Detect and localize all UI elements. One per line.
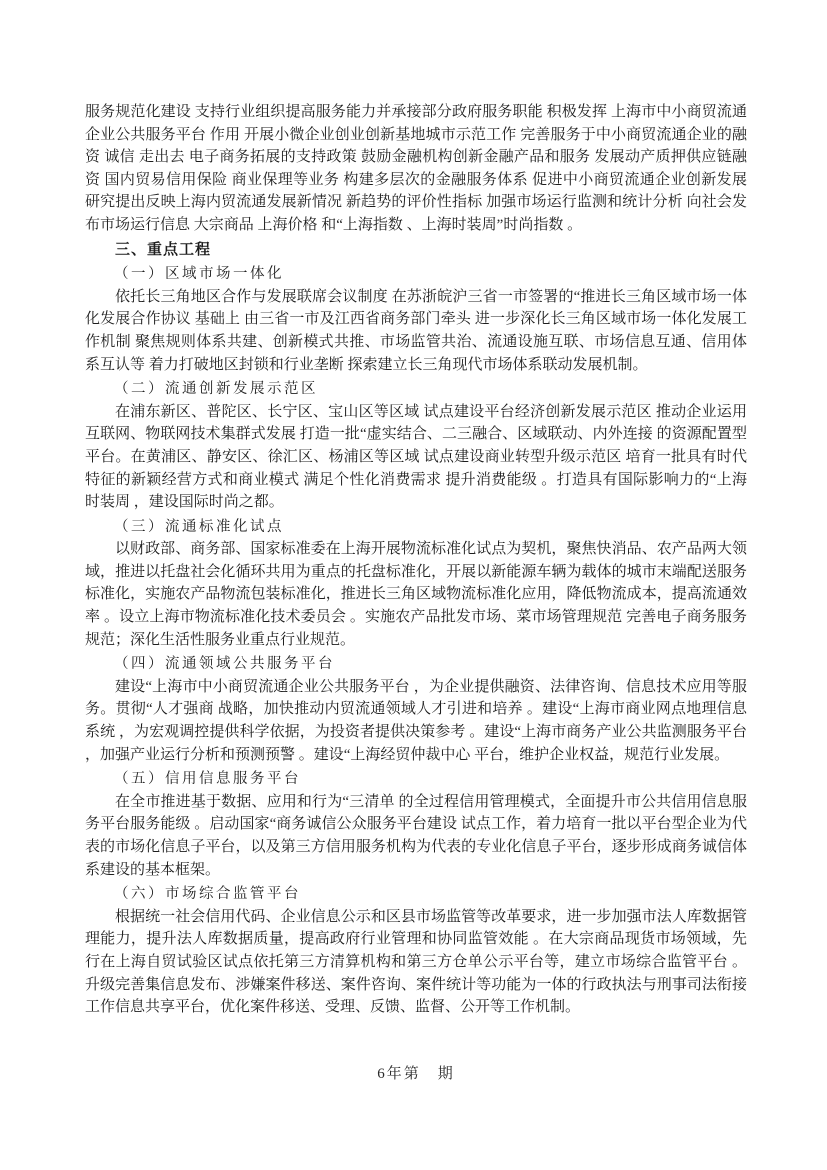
paragraph-credit-information-platform: 在全市推进基于数据、应用和行为“三清单 的全过程信用管理模式，全面提升市公共信用… [85, 791, 747, 881]
document-page: 服务规范化建设 支持行业组织提高服务能力并承接部分政府服务职能 积极发挥 上海市… [0, 0, 827, 1170]
subheading-circulation-standardization-pilot: （三）流通标准化试点 [85, 516, 747, 539]
paragraph-regional-market-integration: 依托长三角地区合作与发展联席会议制度 在苏浙皖沪三省一市签署的“推进长三角区域市… [85, 286, 747, 376]
document-body: 服务规范化建设 支持行业组织提高服务能力并承接部分政府服务职能 积极发挥 上海市… [85, 101, 747, 1019]
paragraph-circulation-innovation-zone: 在浦东新区、普陀区、长宁区、宝山区等区域 试点建设平台经济创新发展示范区 推动企… [85, 401, 747, 514]
subheading-circulation-innovation-zone: （二）流通创新发展示范区 [85, 378, 747, 401]
subheading-regional-market-integration: （一）区域市场一体化 [85, 263, 747, 286]
section-heading-key-projects: 三、重点工程 [85, 239, 747, 262]
paragraph-market-supervision-platform: 根据统一社会信用代码、企业信息公示和区县市场监管等改革要求，进一步加强市法人库数… [85, 906, 747, 1019]
paragraph-continuation: 服务规范化建设 支持行业组织提高服务能力并承接部分政府服务职能 积极发挥 上海市… [85, 101, 747, 237]
paragraph-circulation-standardization-pilot: 以财政部、商务部、国家标准委在上海开展物流标准化试点为契机，聚焦快消品、农产品两… [85, 538, 747, 651]
paragraph-public-service-platform: 建设“上海市中小商贸流通企业公共服务平台 ，为企业提供融资、法律咨询、信息技术应… [85, 676, 747, 766]
subheading-market-supervision-platform: （六）市场综合监管平台 [85, 883, 747, 906]
page-footer-issue-label: 6年第 期 [85, 1062, 747, 1083]
subheading-public-service-platform: （四）流通领域公共服务平台 [85, 653, 747, 676]
subheading-credit-information-platform: （五）信用信息服务平台 [85, 768, 747, 791]
